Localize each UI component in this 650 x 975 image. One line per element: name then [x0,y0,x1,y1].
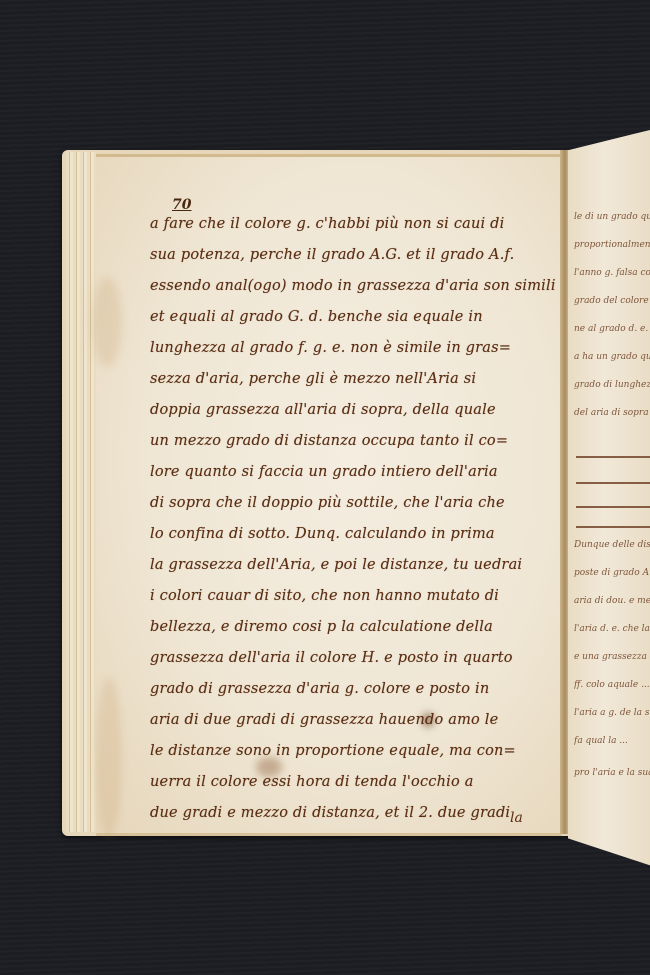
right-text-line: del aria di sopra della... [574,408,650,418]
text-line: a fare che il colore g. c'habbi più non … [150,216,505,232]
text-line: lore quanto si faccia un grado intiero d… [150,464,498,480]
right-text-line: grado del colore della ch... [574,296,650,306]
catchword: la [510,810,523,826]
text-line: uerra il colore essi hora di tenda l'occ… [150,774,474,790]
right-text-line: Dunque delle distanza la ... [574,540,650,550]
text-line: di sopra che il doppio più sottile, che … [150,495,505,511]
diagram-line [576,456,650,458]
text-line: le distanze sono in proportione equale, … [150,743,516,759]
folio-number: 70 [172,197,191,213]
right-text-line: aria di dou. e mezzo grado ... [574,596,650,606]
right-text-line: le di un grado quelo distanza [574,212,650,222]
text-line: grassezza dell'aria il colore H. e posto… [150,650,513,666]
text-line: et equali al grado G. d. benche sia equa… [150,309,483,325]
right-text-line: e una grassezza di sopra ... [574,652,650,662]
right-page [568,128,650,868]
right-text-line: grado di lunghezza al ... [574,380,650,390]
text-line: doppia grassezza all'aria di sopra, dell… [150,402,496,418]
right-text-line: poste di grado A. f. ha ... [574,568,650,578]
foxing-stain [96,677,122,837]
text-line: un mezzo grado di distanza occupa tanto … [150,433,508,449]
right-text-line: proportionalmente grassezza [574,240,650,250]
text-line: i colori cauar di sito, che non hanno mu… [150,588,499,604]
text-line: aria di due gradi di grassezza hauendo a… [150,712,498,728]
right-text-line: fa qual la ... [574,736,650,746]
text-line: lo confina di sotto. Dunq. calculando in… [150,526,495,542]
manuscript-book: 70 a fare che il colore g. c'habbi più n… [0,0,650,975]
text-line: la grassezza dell'Aria, e poi le distanz… [150,557,522,573]
text-line: grado di grassezza d'aria g. colore e po… [150,681,489,697]
right-text-line: ne al grado d. e. colore [574,324,650,334]
right-text-line: l'aria d. e. che la ... [574,624,650,634]
text-line: sua potenza, perche il grado A.G. et il … [150,247,514,263]
diagram-line [576,526,650,528]
diagram-line [576,506,650,508]
text-line: essendo anal(ogo) modo in grassezza d'ar… [150,278,556,294]
right-text-line: l'anno g. falsa colore, e quelo [574,268,650,278]
text-line: lunghezza al grado f. g. e. non è simile… [150,340,511,356]
right-text-line: a ha un grado quanto il [574,352,650,362]
page-edges [66,152,96,832]
text-line: sezza d'aria, perche gli è mezzo nell'Ar… [150,371,476,387]
right-text-line: l'aria a g. de la sua ... [574,708,650,718]
text-line: due gradi e mezzo di distanza, et il 2. … [150,805,510,821]
foxing-stain [92,277,122,367]
text-line: bellezza, e diremo cosi p la calculation… [150,619,493,635]
right-text-line: ff. colo aquale ... [574,680,650,690]
right-text-line: pro l'aria e la sua ... [574,768,650,778]
diagram-line [576,482,650,484]
